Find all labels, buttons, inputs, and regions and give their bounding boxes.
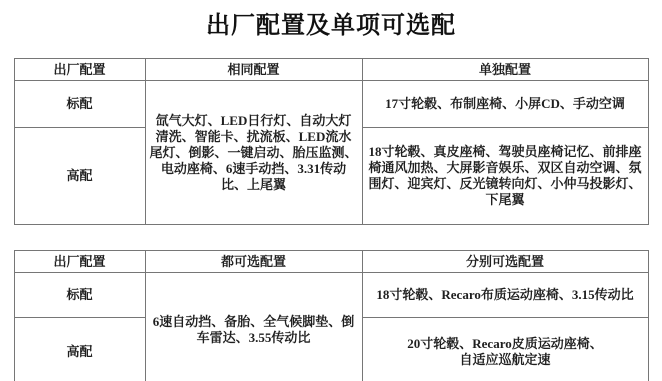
trim-cell-standard: 标配 bbox=[14, 81, 145, 128]
page-title: 出厂配置及单项可选配 bbox=[0, 0, 662, 42]
trim-cell-high: 高配 bbox=[14, 318, 145, 381]
shared-optional-cell: 6速自动挡、备胎、全气候脚垫、倒车雷达、3.55传动比 bbox=[145, 273, 362, 381]
header-shared-config: 相同配置 bbox=[145, 59, 362, 81]
table-header-row: 出厂配置 都可选配置 分别可选配置 bbox=[14, 251, 648, 273]
optional-config-table: 出厂配置 都可选配置 分别可选配置 标配 6速自动挡、备胎、全气候脚垫、倒车雷达… bbox=[14, 250, 649, 381]
header-both-optional-config: 都可选配置 bbox=[145, 251, 362, 273]
table-row-standard: 标配 6速自动挡、备胎、全气候脚垫、倒车雷达、3.55传动比 18寸轮毂、Rec… bbox=[14, 273, 648, 318]
header-separate-optional-config: 分别可选配置 bbox=[362, 251, 648, 273]
items-cell-standard: 18寸轮毂、Recaro布质运动座椅、3.15传动比 bbox=[362, 273, 648, 318]
items-cell-high: 18寸轮毂、真皮座椅、驾驶员座椅记忆、前排座椅通风加热、大屏影音娱乐、双区自动空… bbox=[362, 128, 648, 225]
table-row-standard: 标配 氙气大灯、LED日行灯、自动大灯清洗、智能卡、扰流板、LED流水尾灯、倒影… bbox=[14, 81, 648, 128]
header-factory-config: 出厂配置 bbox=[14, 251, 145, 273]
items-cell-high: 20寸轮毂、Recaro皮质运动座椅、 自适应巡航定速 bbox=[362, 318, 648, 381]
trim-cell-standard: 标配 bbox=[14, 273, 145, 318]
trim-cell-high: 高配 bbox=[14, 128, 145, 225]
table-header-row: 出厂配置 相同配置 单独配置 bbox=[14, 59, 648, 81]
shared-config-cell: 氙气大灯、LED日行灯、自动大灯清洗、智能卡、扰流板、LED流水尾灯、倒影、一键… bbox=[145, 81, 362, 225]
header-factory-config: 出厂配置 bbox=[14, 59, 145, 81]
page: 出厂配置及单项可选配 出厂配置 相同配置 单独配置 标配 氙气大灯、LED日行灯… bbox=[0, 0, 662, 381]
factory-config-table: 出厂配置 相同配置 单独配置 标配 氙气大灯、LED日行灯、自动大灯清洗、智能卡… bbox=[14, 58, 649, 225]
header-individual-config: 单独配置 bbox=[362, 59, 648, 81]
items-cell-standard: 17寸轮毂、布制座椅、小屏CD、手动空调 bbox=[362, 81, 648, 128]
